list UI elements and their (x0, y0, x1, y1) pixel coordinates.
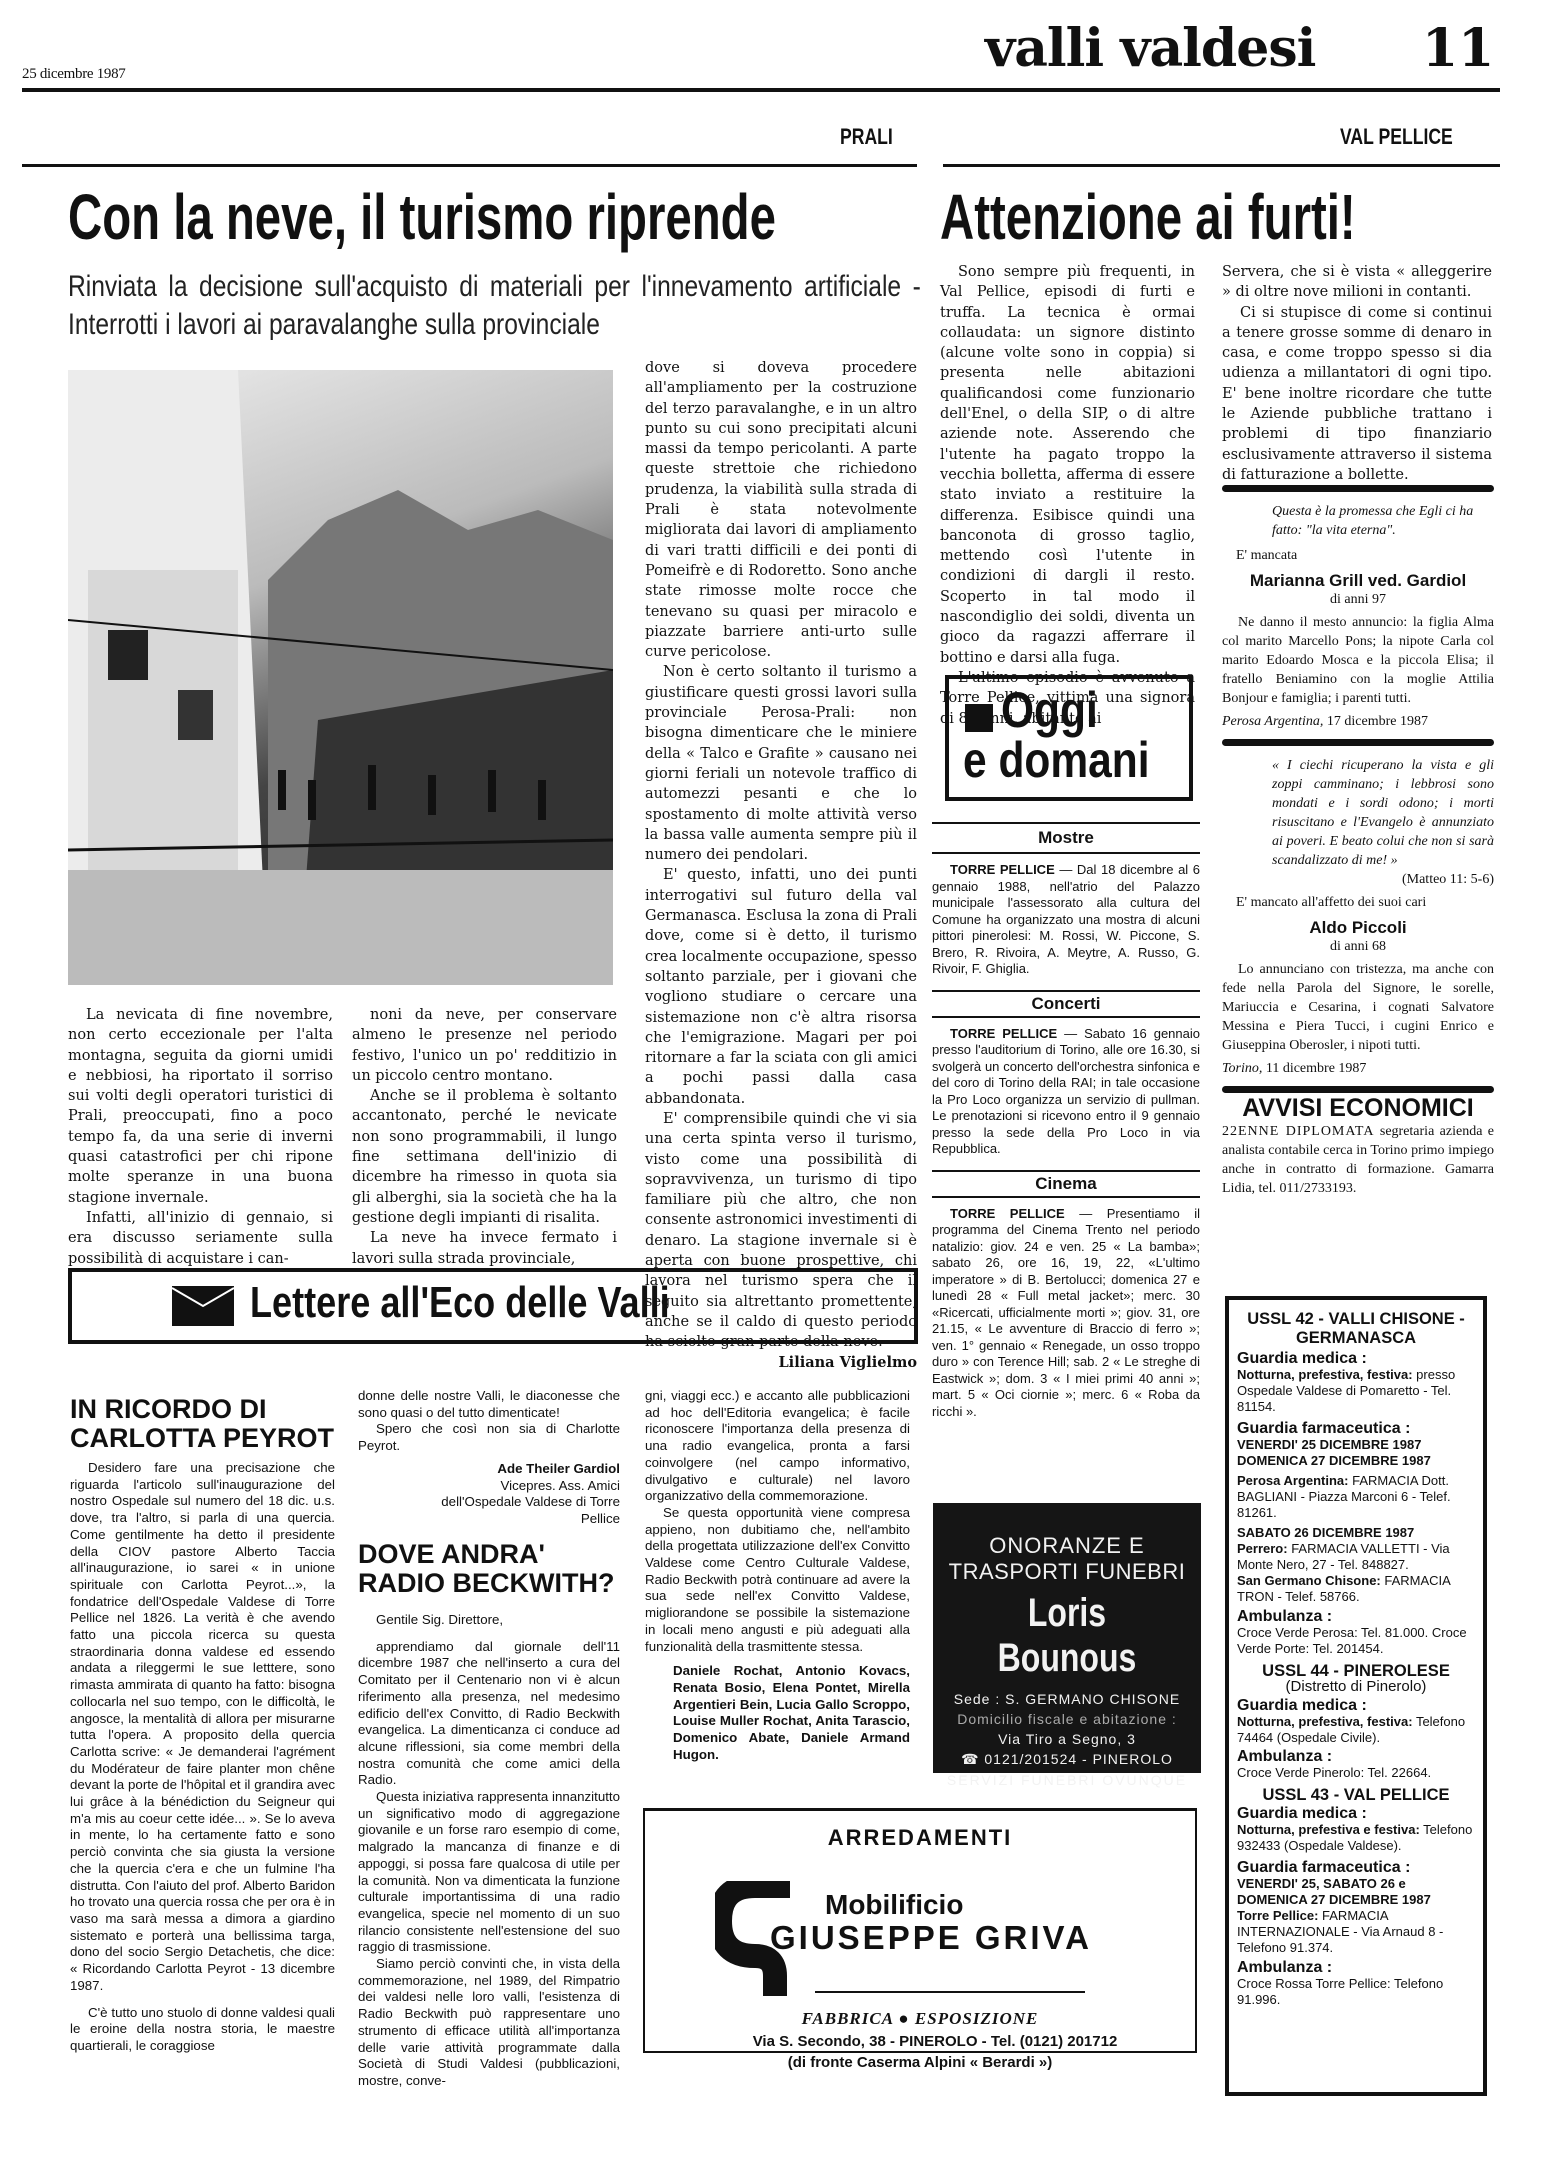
paragraph: Non è certo soltanto il turismo a giusti… (645, 662, 917, 865)
ussl-lead: VENERDI' 25 DICEMBRE 1987 DOMENICA 27 DI… (1237, 1437, 1431, 1468)
ad-griva-note: (di fronte Caserma Alpini « Berardi ») (645, 2054, 1195, 2071)
paragraph: Siamo perciò convinti che, in vista dell… (358, 1956, 620, 2090)
ussl-lead: Perrero: (1237, 1541, 1288, 1556)
ussl-block: Guardia medica :Notturna, prefestiva e f… (1237, 1806, 1475, 1854)
ad-funebri: ONORANZE E TRASPORTI FUNEBRI Loris Bouno… (933, 1503, 1201, 1773)
ussl-lead: VENERDI' 25, SABATO 26 e DOMENICA 27 DIC… (1237, 1876, 1431, 1907)
avvisi-text: 22ENNE DIPLOMATA segretaria azienda e an… (1222, 1122, 1494, 1198)
listing-place: TORRE PELLICE (950, 1206, 1065, 1221)
ussl-box: USSL 42 - VALLI CHISONE - GERMANASCA Gua… (1225, 1296, 1487, 2096)
obituaries: Questa è la promessa che Egli ci ha fatt… (1222, 485, 1494, 1198)
prali-col2: noni da neve, per conservare almeno le p… (352, 1005, 617, 1269)
paragraph: Se questa opportunità viene compresa app… (645, 1505, 910, 1655)
avvisi-title: AVVISI ECONOMICI (1222, 1099, 1494, 1118)
ussl-lead: Perosa Argentina: (1237, 1473, 1349, 1488)
paragraph: Anche se il problema è soltanto accanton… (352, 1086, 617, 1228)
listing-rule (932, 990, 1200, 992)
obit-2-age: di anni 68 (1222, 937, 1494, 956)
ussl-lead: San Germano Chisone: (1237, 1573, 1381, 1588)
ad-griva-address: Via S. Secondo, 38 - PINEROLO - Tel. (01… (635, 2033, 1235, 2050)
domani-title: e domani (963, 731, 1150, 789)
letter1-col2: donne delle nostre Valli, le diaconesse … (358, 1388, 620, 1528)
letter1-col1: Desidero fare una precisazione che rigua… (70, 1460, 335, 2055)
ussl-block: Torre Pellice: FARMACIA INTERNAZIONALE -… (1237, 1908, 1475, 1956)
ad-funebri-line1: ONORANZE E (933, 1533, 1201, 1559)
ussl-text: Croce Verde Pinerolo: Tel. 22664. (1237, 1765, 1431, 1780)
listing-rule (932, 822, 1200, 824)
paragraph: gni, viaggi ecc.) e accanto alle pubblic… (645, 1388, 910, 1505)
envelope-icon (172, 1286, 234, 1326)
obit-2-dateline: Torino, 11 dicembre 1987 (1222, 1059, 1494, 1078)
listing-text: — Presentiamo il programma del Cinema Tr… (932, 1206, 1200, 1419)
masthead-title: valli valdesi (985, 18, 1315, 79)
letter1-headline: IN RICORDO DI CARLOTTA PEYROT (70, 1395, 340, 1453)
ussl-block: Ambulanza :Croce Verde Perosa: Tel. 81.0… (1237, 1609, 1475, 1657)
ussl-label: Ambulanza : (1237, 1749, 1475, 1765)
letter2-headline: DOVE ANDRA' RADIO BECKWITH? (358, 1540, 618, 1598)
obit-1-quote: Questa è la promessa che Egli ci ha fatt… (1222, 502, 1494, 540)
oggi-domani-listings: Mostre TORRE PELLICE — Dal 18 dicembre a… (932, 822, 1200, 1420)
paragraph: C'è tutto uno stuolo di donne valdesi qu… (70, 2005, 335, 2055)
ussl-block: Ambulanza :Croce Verde Pinerolo: Tel. 22… (1237, 1749, 1475, 1781)
obit-1-intro: E' mancata (1222, 546, 1494, 565)
prali-photo (68, 370, 613, 985)
obit-1-name: Marianna Grill ved. Gardiol (1222, 571, 1494, 590)
ussl-block: Guardia farmaceutica :VENERDI' 25, SABAT… (1237, 1860, 1475, 1908)
listing-rule (932, 1170, 1200, 1172)
letter2-col2: gni, viaggi ecc.) e accanto alle pubblic… (645, 1388, 910, 1763)
obit-date: 17 dicembre 1987 (1327, 714, 1428, 729)
ad-funebri-domicilio: Domicilio fiscale e abitazione : (933, 1711, 1201, 1727)
furti-col2: Servera, che si è vista « alleggerire » … (1222, 262, 1492, 485)
photo-illustration-icon (68, 370, 613, 985)
paragraph: Infatti, all'inizio di gennaio, si era d… (68, 1208, 333, 1269)
ussl-label: Guardia medica : (1237, 1351, 1475, 1367)
obit-date: 11 dicembre 1987 (1266, 1061, 1367, 1076)
ad-funebri-phone: ☎ 0121/201524 - PINEROLO (933, 1751, 1201, 1768)
furti-col1: Sono sempre più frequenti, in Val Pellic… (940, 262, 1195, 729)
ussl-block: SABATO 26 DICEMBRE 1987 (1237, 1525, 1475, 1541)
listing-rule (932, 1016, 1200, 1018)
section-label-prali: PRALI (840, 124, 893, 150)
ad-griva-name1: Mobilificio (825, 1889, 963, 1921)
paragraph: Questa iniziativa rappresenta innanzitut… (358, 1789, 620, 1956)
listing-mostre: TORRE PELLICE — Dal 18 dicembre al 6 gen… (932, 862, 1200, 978)
section-label-val-pellice: VAL PELLICE (1340, 124, 1453, 150)
oggi-domani-box: Oggi e domani (945, 675, 1193, 801)
ussl-text: Croce Rossa Torre Pellice: Telefono 91.9… (1237, 1976, 1443, 2007)
letter1-signature: Ade Theiler Gardiol (358, 1461, 620, 1478)
obit-rule (1222, 739, 1494, 746)
letter2-col1: Gentile Sig. Direttore, apprendiamo dal … (358, 1612, 620, 2090)
ad-funebri-tagline: SERVIZI FUNEBRI OVUNQUE (933, 1772, 1201, 1788)
ussl-lead: Notturna, prefestiva e festiva: (1237, 1822, 1420, 1837)
headline-furti: Attenzione ai furti! (940, 180, 1356, 254)
square-bullet-icon (965, 704, 993, 732)
issue-date: 25 dicembre 1987 (22, 66, 126, 83)
ussl-label: Guardia farmaceutica : (1237, 1860, 1475, 1876)
avvisi-lead: 22ENNE DIPLOMATA (1222, 1124, 1374, 1139)
listing-rule (932, 852, 1200, 854)
subhead-prali: Rinviata la decisione sull'acquisto di m… (68, 268, 921, 344)
ad-griva-tagline-b: ESPOSIZIONE (915, 2009, 1038, 2028)
paragraph: Servera, che si è vista « alleggerire » … (1222, 262, 1492, 303)
ussl-label: Ambulanza : (1237, 1960, 1475, 1976)
obit-2-name: Aldo Piccoli (1222, 918, 1494, 937)
paragraph: Sono sempre più frequenti, in Val Pellic… (940, 262, 1195, 668)
paragraph: apprendiamo dal giornale dell'11 dicembr… (358, 1639, 620, 1789)
ad-griva-tagline: FABBRICA ● ESPOSIZIONE (645, 2009, 1195, 2029)
header-rule (22, 88, 1500, 92)
lettere-title: Lettere all'Eco delle Valli (250, 1278, 670, 1328)
obit-2-text: Lo annunciano con tristezza, ma anche co… (1222, 960, 1494, 1055)
ussl-title: USSL 42 - VALLI CHISONE - GERMANASCA (1237, 1310, 1475, 1348)
obit-rule (1222, 1086, 1494, 1093)
ussl-label: Guardia farmaceutica : (1237, 1421, 1475, 1437)
lettere-banner: Lettere all'Eco delle Valli (68, 1268, 918, 1344)
ussl-block: Perosa Argentina: FARMACIA Dott. BAGLIAN… (1237, 1473, 1475, 1521)
ussl-lead: Torre Pellice: (1237, 1908, 1318, 1923)
ad-funebri-address: Via Tiro a Segno, 3 (933, 1731, 1201, 1747)
obit-2-citation: (Matteo 11: 5-6) (1222, 870, 1494, 889)
letter2-signatures: Daniele Rochat, Antonio Kovacs, Renata B… (645, 1663, 910, 1763)
listing-cinema: TORRE PELLICE — Presentiamo il programma… (932, 1206, 1200, 1421)
section-rule-left (22, 164, 917, 167)
obit-1-dateline: Perosa Argentina, 17 dicembre 1987 (1222, 712, 1494, 731)
paragraph: donne delle nostre Valli, le diaconesse … (358, 1388, 620, 1421)
ad-griva-tagline-a: FABBRICA (802, 2009, 894, 2028)
paragraph: La neve ha invece fermato i lavori sulla… (352, 1228, 617, 1269)
listing-text: — Dal 18 dicembre al 6 gennaio 1988, nel… (932, 862, 1200, 976)
ussl-subtitle: (Distretto di Pinerolo) (1237, 1679, 1475, 1695)
paragraph: Spero che così non sia di Charlotte Peyr… (358, 1421, 620, 1454)
letter1-signature-role: Vicepres. Ass. Amici dell'Ospedale Valde… (358, 1478, 620, 1528)
bullet-dot-icon: ● (898, 2009, 909, 2028)
prali-col1: La nevicata di fine novembre, non certo … (68, 1005, 333, 1269)
headline-prali: Con la neve, il turismo riprende (68, 180, 776, 254)
ussl-label: Ambulanza : (1237, 1609, 1475, 1625)
author-byline: Liliana Viglielmo (645, 1353, 917, 1373)
ussl-block: San Germano Chisone: FARMACIA TRON - Tel… (1237, 1573, 1475, 1605)
listing-text: — Sabato 16 gennaio presso l'auditorium … (932, 1026, 1200, 1157)
ussl-block: Guardia farmaceutica :VENERDI' 25 DICEMB… (1237, 1421, 1475, 1469)
listing-place: TORRE PELLICE (950, 862, 1055, 877)
obit-2-intro: E' mancato all'affetto dei suoi cari (1222, 893, 1494, 912)
listing-place: TORRE PELLICE (950, 1026, 1057, 1041)
ad-griva: ARREDAMENTI Mobilificio GIUSEPPE GRIVA F… (643, 1808, 1197, 2053)
obit-place: Perosa Argentina, (1222, 714, 1323, 729)
ussl-block: Guardia medica :Notturna, prefestiva, fe… (1237, 1698, 1475, 1746)
letter2-greeting: Gentile Sig. Direttore, (358, 1612, 620, 1629)
ussl-43: USSL 43 - VAL PELLICE Guardia medica :No… (1237, 1787, 1475, 2008)
ussl-title: USSL 44 - PINEROLESE (1237, 1663, 1475, 1679)
prali-col3: dove si doveva procedere all'ampliamento… (645, 358, 917, 1373)
listing-heading-concerti: Concerti (932, 992, 1200, 1016)
ad-griva-rule (815, 1991, 1085, 1993)
ad-griva-name2: GIUSEPPE GRIVA (770, 1919, 1092, 1957)
listing-rule (932, 1196, 1200, 1198)
paragraph: La nevicata di fine novembre, non certo … (68, 1005, 333, 1208)
ussl-42: USSL 42 - VALLI CHISONE - GERMANASCA Gua… (1237, 1310, 1475, 1657)
listing-concerti: TORRE PELLICE — Sabato 16 gennaio presso… (932, 1026, 1200, 1158)
ussl-label: Guardia medica : (1237, 1806, 1475, 1822)
page-number: 11 (1422, 18, 1494, 79)
paragraph: Desidero fare una precisazione che rigua… (70, 1460, 335, 1995)
ussl-44: USSL 44 - PINEROLESE (Distretto di Piner… (1237, 1663, 1475, 1781)
ussl-block: Perrero: FARMACIA VALLETTI - Via Monte N… (1237, 1541, 1475, 1573)
obit-1-text: Ne danno il mesto annuncio: la figlia Al… (1222, 613, 1494, 708)
paragraph: Ci si stupisce di come si continui a ten… (1222, 303, 1492, 486)
ussl-block: Ambulanza :Croce Rossa Torre Pellice: Te… (1237, 1960, 1475, 2008)
ad-funebri-sede: Sede : S. GERMANO CHISONE (933, 1691, 1201, 1707)
obit-2-quote: « I ciechi ricuperano la vista e gli zop… (1222, 756, 1494, 870)
ussl-lead: SABATO 26 DICEMBRE 1987 (1237, 1525, 1414, 1540)
listing-heading-mostre: Mostre (932, 824, 1200, 852)
paragraph: noni da neve, per conservare almeno le p… (352, 1005, 617, 1086)
ad-griva-top: ARREDAMENTI (645, 1825, 1195, 1851)
obit-rule (1222, 485, 1494, 492)
ussl-text: Croce Verde Perosa: Tel. 81.000. Croce V… (1237, 1625, 1467, 1656)
ussl-lead: Notturna, prefestiva, festiva: (1237, 1714, 1413, 1729)
ussl-title: USSL 43 - VAL PELLICE (1237, 1787, 1475, 1803)
obit-1-age: di anni 97 (1222, 590, 1494, 609)
obit-place: Torino, (1222, 1061, 1262, 1076)
section-rule-right (943, 164, 1500, 167)
ussl-block: Guardia medica :Notturna, prefestiva, fe… (1237, 1351, 1475, 1415)
paragraph: E' questo, infatti, uno dei punti interr… (645, 865, 917, 1109)
ussl-lead: Notturna, prefestiva, festiva: (1237, 1367, 1413, 1382)
paragraph: dove si doveva procedere all'ampliamento… (645, 358, 917, 662)
ad-funebri-line2: TRASPORTI FUNEBRI (933, 1559, 1201, 1585)
ad-funebri-name: Loris Bounous (960, 1591, 1174, 1681)
listing-heading-cinema: Cinema (932, 1172, 1200, 1196)
ussl-label: Guardia medica : (1237, 1698, 1475, 1714)
